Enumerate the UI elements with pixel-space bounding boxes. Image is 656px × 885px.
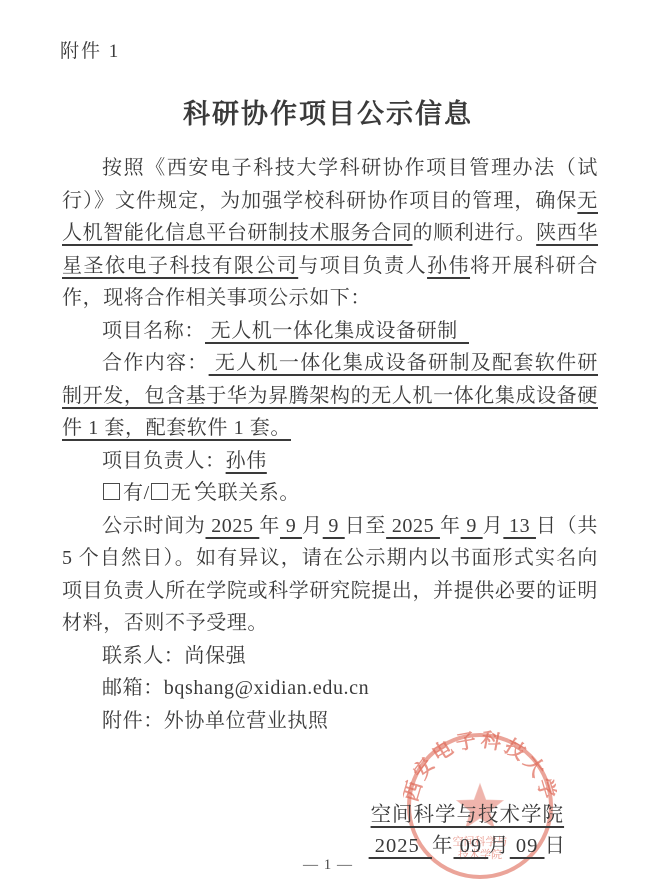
email-line: 邮箱：bqshang@xidian.edu.cn xyxy=(62,672,598,705)
checkbox-no-relation: ✓ xyxy=(151,483,168,500)
signature-block: 空间科学与技术学院 2025 年 09 月 09 日 xyxy=(369,800,566,862)
contact-line: 联系人：尚保强 xyxy=(62,640,598,673)
cooperation-content-paragraph: 合作内容： 无人机一体化集成设备研制及配套软件研制开发，包含基于华为昇腾架构的无… xyxy=(62,347,598,445)
check-icon: ✓ xyxy=(153,478,207,494)
document-body: 按照《西安电子科技大学科研协作项目管理办法（试行）》文件规定，为加强学校科研协作… xyxy=(62,152,598,737)
relation-suffix: 关联关系。 xyxy=(191,482,300,504)
checkbox-has-relation xyxy=(103,483,120,500)
signing-date: 2025 年 09 月 09 日 xyxy=(369,831,566,862)
project-name-line: 项目名称： 无人机一体化集成设备研制 xyxy=(62,315,598,348)
page-title: 科研协作项目公示信息 xyxy=(0,92,656,131)
intro-paragraph: 按照《西安电子科技大学科研协作项目管理办法（试行）》文件规定，为加强学校科研协作… xyxy=(62,152,598,315)
attachment-label: 附件 1 xyxy=(60,36,120,63)
has-relation-label: 有 xyxy=(123,482,144,504)
publicity-period-paragraph: 公示时间为 2025 年 9 月 9 日至 2025 年 9 月 13 日（共 … xyxy=(62,510,598,640)
relation-line: 有/✓无 关联关系。 xyxy=(62,477,598,510)
signing-department: 空间科学与技术学院 xyxy=(369,800,566,831)
attachment-line: 附件：外协单位营业执照 xyxy=(62,705,598,738)
relation-separator: / xyxy=(144,482,150,504)
project-leader-line: 项目负责人：孙伟 xyxy=(62,445,598,478)
document-page: 附件 1 科研协作项目公示信息 西安电子科技大学 空间科学与 技术学院 按照《西… xyxy=(0,0,656,885)
